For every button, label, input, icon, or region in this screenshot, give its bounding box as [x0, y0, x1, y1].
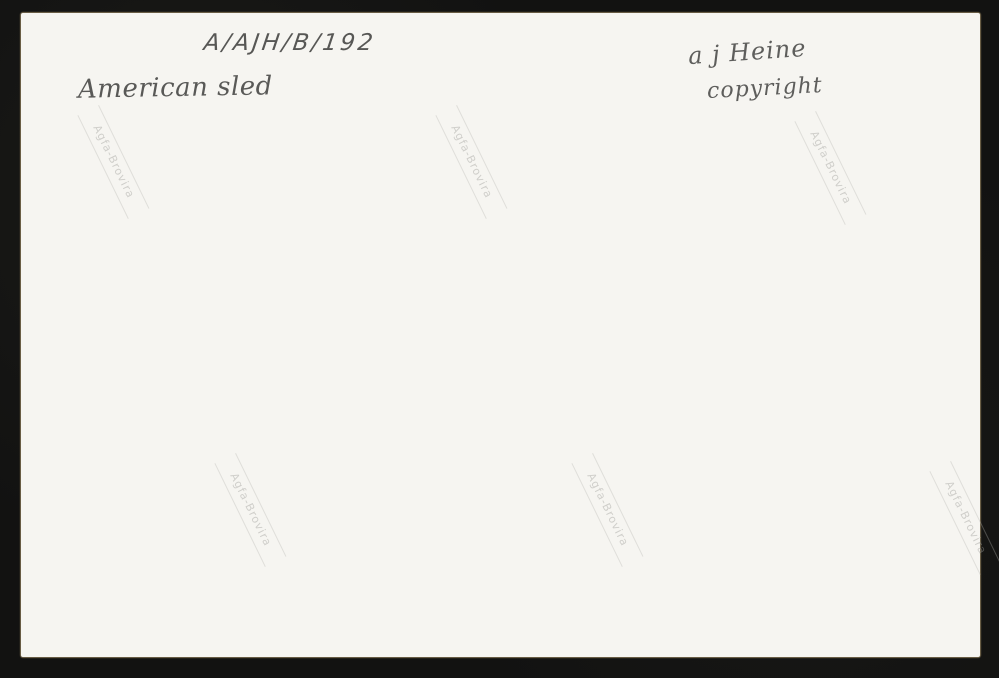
photo-card-back: Agfa-Brovira Agfa-Brovira Agfa-Brovira A…: [21, 13, 980, 657]
catalog-number: A/AJH/B/192: [202, 30, 377, 56]
copyright-note: copyright: [706, 73, 823, 104]
caption-text: American sled: [78, 71, 273, 104]
watermark-agfa-brovira: Agfa-Brovira: [571, 453, 643, 567]
watermark-agfa-brovira: Agfa-Brovira: [435, 105, 507, 219]
watermark-agfa-brovira: Agfa-Brovira: [77, 105, 149, 219]
watermark-agfa-brovira: Agfa-Brovira: [214, 453, 286, 567]
watermark-agfa-brovira: Agfa-Brovira: [794, 111, 866, 225]
photographer-signature: a j Heine: [687, 34, 807, 70]
